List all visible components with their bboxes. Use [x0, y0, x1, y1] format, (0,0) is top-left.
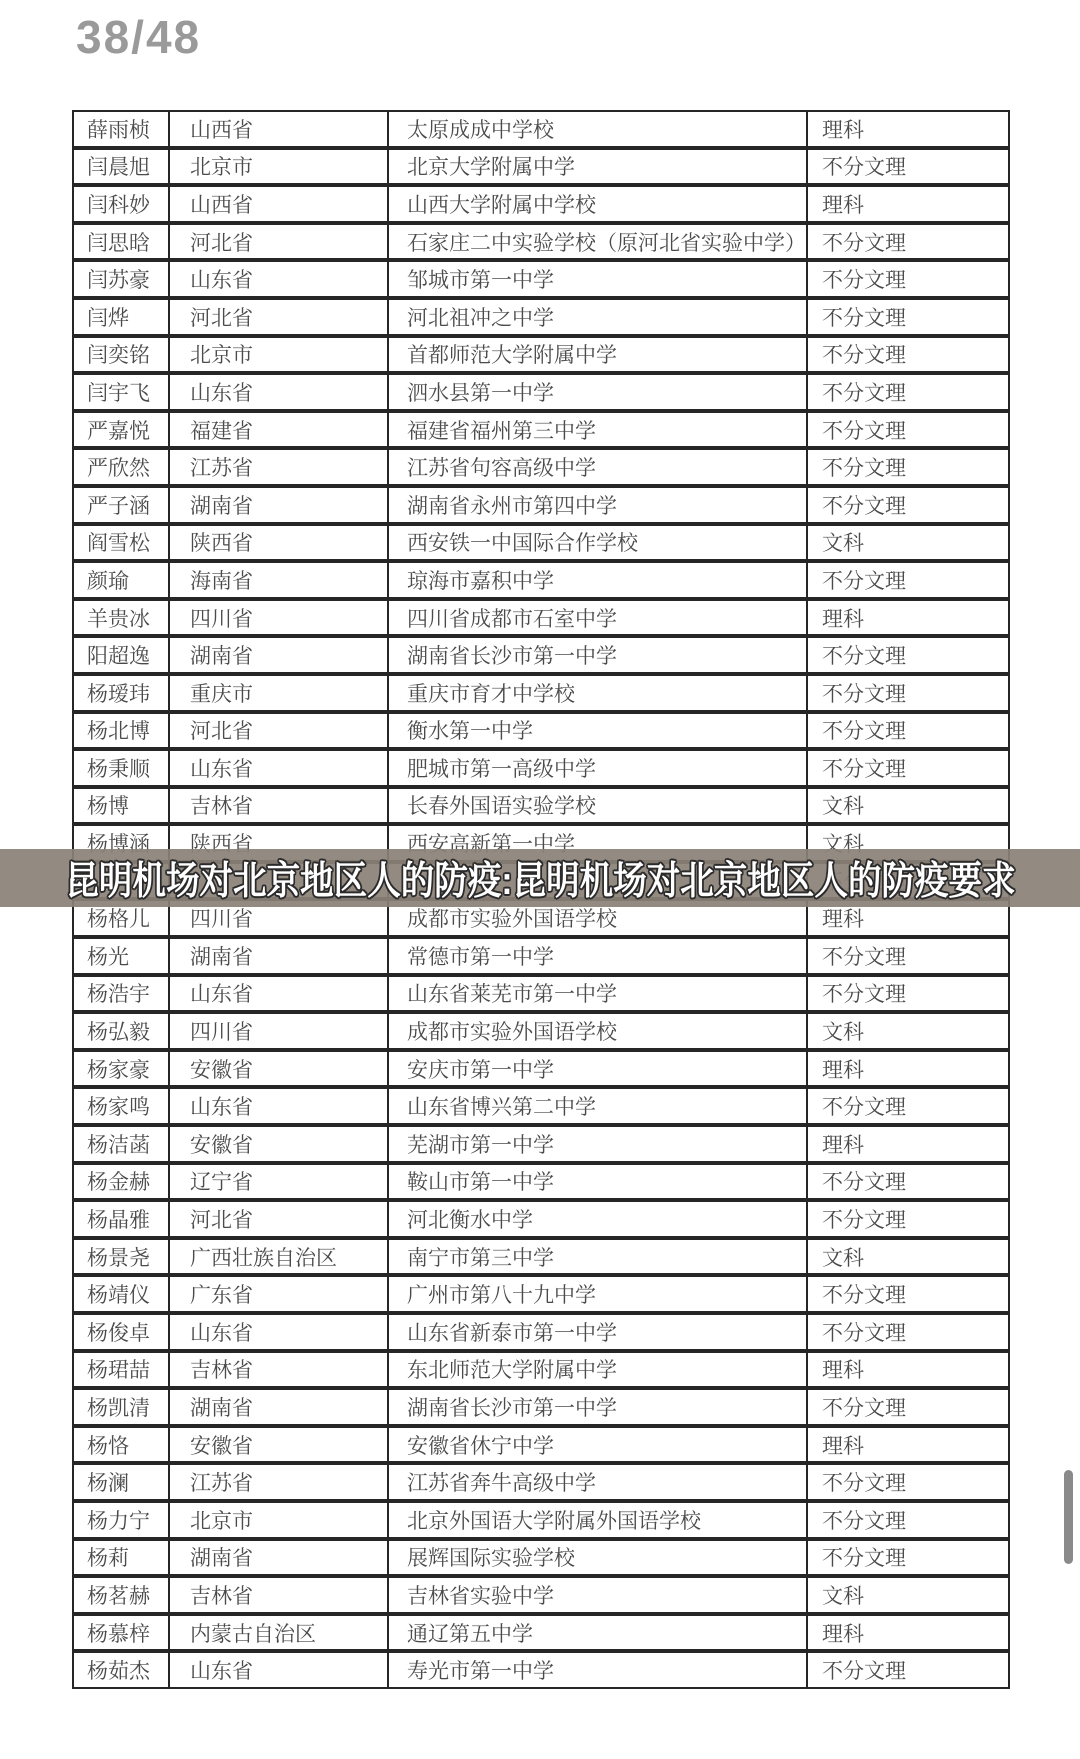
cell-school: 山东省莱芜市第一中学	[389, 977, 808, 1011]
cell-name: 杨茗赫	[74, 1578, 170, 1612]
cell-name: 杨恪	[74, 1428, 170, 1462]
cell-school: 安庆市第一中学	[389, 1052, 808, 1086]
cell-category: 不分文理	[808, 262, 1008, 296]
cell-school: 泗水县第一中学	[389, 375, 808, 409]
cell-school: 河北祖冲之中学	[389, 300, 808, 334]
cell-name: 闫思晗	[74, 225, 170, 259]
cell-school: 太原成成中学校	[389, 112, 808, 146]
cell-school: 江苏省句容高级中学	[389, 450, 808, 484]
cell-name: 杨弘毅	[74, 1014, 170, 1048]
cell-school: 重庆市育才中学校	[389, 676, 808, 710]
cell-school: 山东省博兴第二中学	[389, 1089, 808, 1123]
table-row: 杨北博河北省衡水第一中学不分文理	[72, 712, 1010, 750]
cell-category: 文科	[808, 1578, 1008, 1612]
cell-name: 闫晨旭	[74, 150, 170, 184]
table-row: 杨金赫辽宁省鞍山市第一中学不分文理	[72, 1163, 1010, 1201]
table-row: 严嘉悦福建省福建省福州第三中学不分文理	[72, 411, 1010, 449]
cell-school: 通辽第五中学	[389, 1616, 808, 1650]
cell-province: 河北省	[170, 1202, 389, 1236]
cell-name: 闫宇飞	[74, 375, 170, 409]
cell-school: 鞍山市第一中学	[389, 1165, 808, 1199]
page-indicator: 38/48	[76, 10, 201, 64]
cell-school: 邹城市第一中学	[389, 262, 808, 296]
cell-school: 四川省成都市石室中学	[389, 601, 808, 635]
cell-school: 安徽省休宁中学	[389, 1428, 808, 1462]
cell-name: 严欣然	[74, 450, 170, 484]
cell-province: 山西省	[170, 112, 389, 146]
cell-category: 不分文理	[808, 225, 1008, 259]
table-row: 杨靖仪广东省广州市第八十九中学不分文理	[72, 1275, 1010, 1313]
cell-name: 杨光	[74, 939, 170, 973]
cell-category: 理科	[808, 1428, 1008, 1462]
cell-name: 杨慕梓	[74, 1616, 170, 1650]
table-row: 杨光湖南省常德市第一中学不分文理	[72, 937, 1010, 975]
table-row: 杨景尧广西壮族自治区南宁市第三中学文科	[72, 1238, 1010, 1276]
table-row: 杨恪安徽省安徽省休宁中学理科	[72, 1426, 1010, 1464]
table-row: 严欣然江苏省江苏省句容高级中学不分文理	[72, 448, 1010, 486]
cell-name: 闫科妙	[74, 187, 170, 221]
scrollbar-thumb[interactable]	[1064, 1470, 1073, 1564]
cell-name: 杨力宁	[74, 1503, 170, 1537]
cell-school: 湖南省永州市第四中学	[389, 488, 808, 522]
cell-category: 文科	[808, 1014, 1008, 1048]
cell-name: 严嘉悦	[74, 413, 170, 447]
cell-name: 杨浩宇	[74, 977, 170, 1011]
cell-province: 广东省	[170, 1277, 389, 1311]
cell-province: 安徽省	[170, 1428, 389, 1462]
cell-category: 不分文理	[808, 300, 1008, 334]
cell-school: 长春外国语实验学校	[389, 789, 808, 823]
cell-name: 杨靖仪	[74, 1277, 170, 1311]
table-row: 杨莉湖南省展辉国际实验学校不分文理	[72, 1539, 1010, 1577]
cell-province: 山东省	[170, 751, 389, 785]
cell-name: 闫奕铭	[74, 338, 170, 372]
watermark-banner: 昆明机场对北京地区人的防疫:昆明机场对北京地区人的防疫要求	[0, 849, 1080, 907]
table-row: 杨俊卓山东省山东省新泰市第一中学不分文理	[72, 1313, 1010, 1351]
watermark-banner-text: 昆明机场对北京地区人的防疫:昆明机场对北京地区人的防疫要求	[65, 850, 1015, 906]
cell-category: 理科	[808, 1052, 1008, 1086]
cell-province: 山西省	[170, 187, 389, 221]
cell-name: 杨莉	[74, 1541, 170, 1575]
table-row: 阎雪松陕西省西安铁一中国际合作学校文科	[72, 524, 1010, 562]
cell-province: 河北省	[170, 300, 389, 334]
cell-province: 湖南省	[170, 638, 389, 672]
table-row: 闫宇飞山东省泗水县第一中学不分文理	[72, 373, 1010, 411]
cell-school: 石家庄二中实验学校（原河北省实验中学）	[389, 225, 808, 259]
cell-school: 北京外国语大学附属外国语学校	[389, 1503, 808, 1537]
table-row: 羊贵冰四川省四川省成都市石室中学理科	[72, 599, 1010, 637]
table-row: 杨浩宇山东省山东省莱芜市第一中学不分文理	[72, 975, 1010, 1013]
cell-school: 山东省新泰市第一中学	[389, 1315, 808, 1349]
cell-school: 东北师范大学附属中学	[389, 1353, 808, 1387]
cell-province: 北京市	[170, 1503, 389, 1537]
table-row: 杨澜江苏省江苏省奔牛高级中学不分文理	[72, 1463, 1010, 1501]
cell-name: 杨澜	[74, 1465, 170, 1499]
table-row: 薛雨桢山西省太原成成中学校理科	[72, 110, 1010, 148]
cell-name: 阳超逸	[74, 638, 170, 672]
cell-category: 不分文理	[808, 413, 1008, 447]
cell-school: 江苏省奔牛高级中学	[389, 1465, 808, 1499]
cell-category: 不分文理	[808, 1202, 1008, 1236]
cell-school: 寿光市第一中学	[389, 1653, 808, 1687]
cell-province: 江苏省	[170, 1465, 389, 1499]
table-row: 杨晶雅河北省河北衡水中学不分文理	[72, 1200, 1010, 1238]
cell-province: 辽宁省	[170, 1165, 389, 1199]
cell-name: 羊贵冰	[74, 601, 170, 635]
cell-province: 湖南省	[170, 1541, 389, 1575]
cell-province: 重庆市	[170, 676, 389, 710]
table-row: 杨茹杰山东省寿光市第一中学不分文理	[72, 1651, 1010, 1689]
cell-province: 湖南省	[170, 1390, 389, 1424]
cell-name: 杨珺喆	[74, 1353, 170, 1387]
cell-school: 肥城市第一高级中学	[389, 751, 808, 785]
cell-category: 不分文理	[808, 338, 1008, 372]
cell-province: 吉林省	[170, 1353, 389, 1387]
cell-name: 严子涵	[74, 488, 170, 522]
cell-name: 杨秉顺	[74, 751, 170, 785]
cell-province: 河北省	[170, 714, 389, 748]
cell-category: 不分文理	[808, 1277, 1008, 1311]
table-row: 杨博吉林省长春外国语实验学校文科	[72, 787, 1010, 825]
cell-province: 山东省	[170, 375, 389, 409]
table-row: 杨秉顺山东省肥城市第一高级中学不分文理	[72, 749, 1010, 787]
cell-name: 杨景尧	[74, 1240, 170, 1274]
cell-school: 西安铁一中国际合作学校	[389, 526, 808, 560]
cell-province: 陕西省	[170, 526, 389, 560]
cell-school: 成都市实验外国语学校	[389, 1014, 808, 1048]
cell-category: 不分文理	[808, 563, 1008, 597]
cell-school: 衡水第一中学	[389, 714, 808, 748]
cell-name: 闫苏豪	[74, 262, 170, 296]
cell-category: 不分文理	[808, 150, 1008, 184]
cell-school: 河北衡水中学	[389, 1202, 808, 1236]
cell-school: 福建省福州第三中学	[389, 413, 808, 447]
cell-province: 山东省	[170, 977, 389, 1011]
cell-school: 常德市第一中学	[389, 939, 808, 973]
cell-category: 不分文理	[808, 676, 1008, 710]
cell-school: 琼海市嘉积中学	[389, 563, 808, 597]
cell-category: 不分文理	[808, 1541, 1008, 1575]
cell-name: 颜瑜	[74, 563, 170, 597]
table-row: 颜瑜海南省琼海市嘉积中学不分文理	[72, 561, 1010, 599]
cell-name: 杨晶雅	[74, 1202, 170, 1236]
cell-province: 四川省	[170, 1014, 389, 1048]
cell-category: 不分文理	[808, 751, 1008, 785]
table-row: 杨珺喆吉林省东北师范大学附属中学理科	[72, 1351, 1010, 1389]
table-row: 闫奕铭北京市首都师范大学附属中学不分文理	[72, 336, 1010, 374]
cell-name: 杨家鸣	[74, 1089, 170, 1123]
cell-school: 芜湖市第一中学	[389, 1127, 808, 1161]
cell-province: 安徽省	[170, 1127, 389, 1161]
cell-province: 福建省	[170, 413, 389, 447]
cell-name: 杨俊卓	[74, 1315, 170, 1349]
cell-category: 不分文理	[808, 1503, 1008, 1537]
cell-name: 杨洁菡	[74, 1127, 170, 1161]
table-row: 杨弘毅四川省成都市实验外国语学校文科	[72, 1012, 1010, 1050]
cell-province: 湖南省	[170, 939, 389, 973]
table-row: 闫科妙山西省山西大学附属中学校理科	[72, 185, 1010, 223]
cell-category: 理科	[808, 1127, 1008, 1161]
cell-school: 首都师范大学附属中学	[389, 338, 808, 372]
cell-category: 文科	[808, 526, 1008, 560]
table-row: 杨洁菡安徽省芜湖市第一中学理科	[72, 1125, 1010, 1163]
cell-school: 湖南省长沙市第一中学	[389, 638, 808, 672]
cell-province: 四川省	[170, 601, 389, 635]
cell-name: 杨凯清	[74, 1390, 170, 1424]
cell-category: 理科	[808, 601, 1008, 635]
table-row: 闫思晗河北省石家庄二中实验学校（原河北省实验中学）不分文理	[72, 223, 1010, 261]
table-row: 闫晨旭北京市北京大学附属中学不分文理	[72, 148, 1010, 186]
cell-province: 山东省	[170, 1653, 389, 1687]
cell-category: 不分文理	[808, 1089, 1008, 1123]
cell-name: 薛雨桢	[74, 112, 170, 146]
cell-category: 不分文理	[808, 1315, 1008, 1349]
cell-province: 北京市	[170, 338, 389, 372]
cell-school: 北京大学附属中学	[389, 150, 808, 184]
cell-category: 不分文理	[808, 1653, 1008, 1687]
cell-province: 河北省	[170, 225, 389, 259]
table-row: 闫烨河北省河北祖冲之中学不分文理	[72, 298, 1010, 336]
table-row: 严子涵湖南省湖南省永州市第四中学不分文理	[72, 486, 1010, 524]
table-row: 阳超逸湖南省湖南省长沙市第一中学不分文理	[72, 636, 1010, 674]
table-row: 杨慕梓内蒙古自治区通辽第五中学理科	[72, 1614, 1010, 1652]
cell-school: 吉林省实验中学	[389, 1578, 808, 1612]
cell-category: 理科	[808, 112, 1008, 146]
cell-category: 不分文理	[808, 488, 1008, 522]
cell-name: 杨博	[74, 789, 170, 823]
cell-province: 吉林省	[170, 1578, 389, 1612]
cell-category: 不分文理	[808, 1465, 1008, 1499]
table-row: 杨力宁北京市北京外国语大学附属外国语学校不分文理	[72, 1501, 1010, 1539]
cell-category: 理科	[808, 1616, 1008, 1650]
cell-province: 山东省	[170, 1315, 389, 1349]
cell-school: 南宁市第三中学	[389, 1240, 808, 1274]
cell-province: 广西壮族自治区	[170, 1240, 389, 1274]
cell-province: 海南省	[170, 563, 389, 597]
cell-category: 不分文理	[808, 450, 1008, 484]
cell-province: 江苏省	[170, 450, 389, 484]
cell-school: 广州市第八十九中学	[389, 1277, 808, 1311]
cell-category: 不分文理	[808, 375, 1008, 409]
cell-name: 阎雪松	[74, 526, 170, 560]
cell-name: 杨金赫	[74, 1165, 170, 1199]
cell-category: 不分文理	[808, 638, 1008, 672]
cell-province: 山东省	[170, 262, 389, 296]
table-row: 杨瑷玮重庆市重庆市育才中学校不分文理	[72, 674, 1010, 712]
cell-category: 不分文理	[808, 714, 1008, 748]
cell-province: 山东省	[170, 1089, 389, 1123]
cell-province: 内蒙古自治区	[170, 1616, 389, 1650]
document-page: 38/48 薛雨桢山西省太原成成中学校理科闫晨旭北京市北京大学附属中学不分文理闫…	[0, 0, 1080, 1759]
table-row: 杨家鸣山东省山东省博兴第二中学不分文理	[72, 1087, 1010, 1125]
cell-category: 不分文理	[808, 939, 1008, 973]
cell-name: 杨北博	[74, 714, 170, 748]
cell-school: 展辉国际实验学校	[389, 1541, 808, 1575]
cell-category: 文科	[808, 789, 1008, 823]
cell-school: 湖南省长沙市第一中学	[389, 1390, 808, 1424]
cell-province: 湖南省	[170, 488, 389, 522]
table-row: 杨茗赫吉林省吉林省实验中学文科	[72, 1576, 1010, 1614]
cell-category: 不分文理	[808, 1390, 1008, 1424]
cell-name: 闫烨	[74, 300, 170, 334]
cell-category: 理科	[808, 187, 1008, 221]
cell-school: 山西大学附属中学校	[389, 187, 808, 221]
table-row: 闫苏豪山东省邹城市第一中学不分文理	[72, 260, 1010, 298]
cell-province: 安徽省	[170, 1052, 389, 1086]
cell-province: 北京市	[170, 150, 389, 184]
table-row: 杨凯清湖南省湖南省长沙市第一中学不分文理	[72, 1388, 1010, 1426]
cell-category: 不分文理	[808, 1165, 1008, 1199]
cell-category: 理科	[808, 1353, 1008, 1387]
cell-name: 杨瑷玮	[74, 676, 170, 710]
cell-province: 吉林省	[170, 789, 389, 823]
cell-name: 杨茹杰	[74, 1653, 170, 1687]
cell-category: 文科	[808, 1240, 1008, 1274]
cell-category: 不分文理	[808, 977, 1008, 1011]
cell-name: 杨家豪	[74, 1052, 170, 1086]
table-row: 杨家豪安徽省安庆市第一中学理科	[72, 1050, 1010, 1088]
